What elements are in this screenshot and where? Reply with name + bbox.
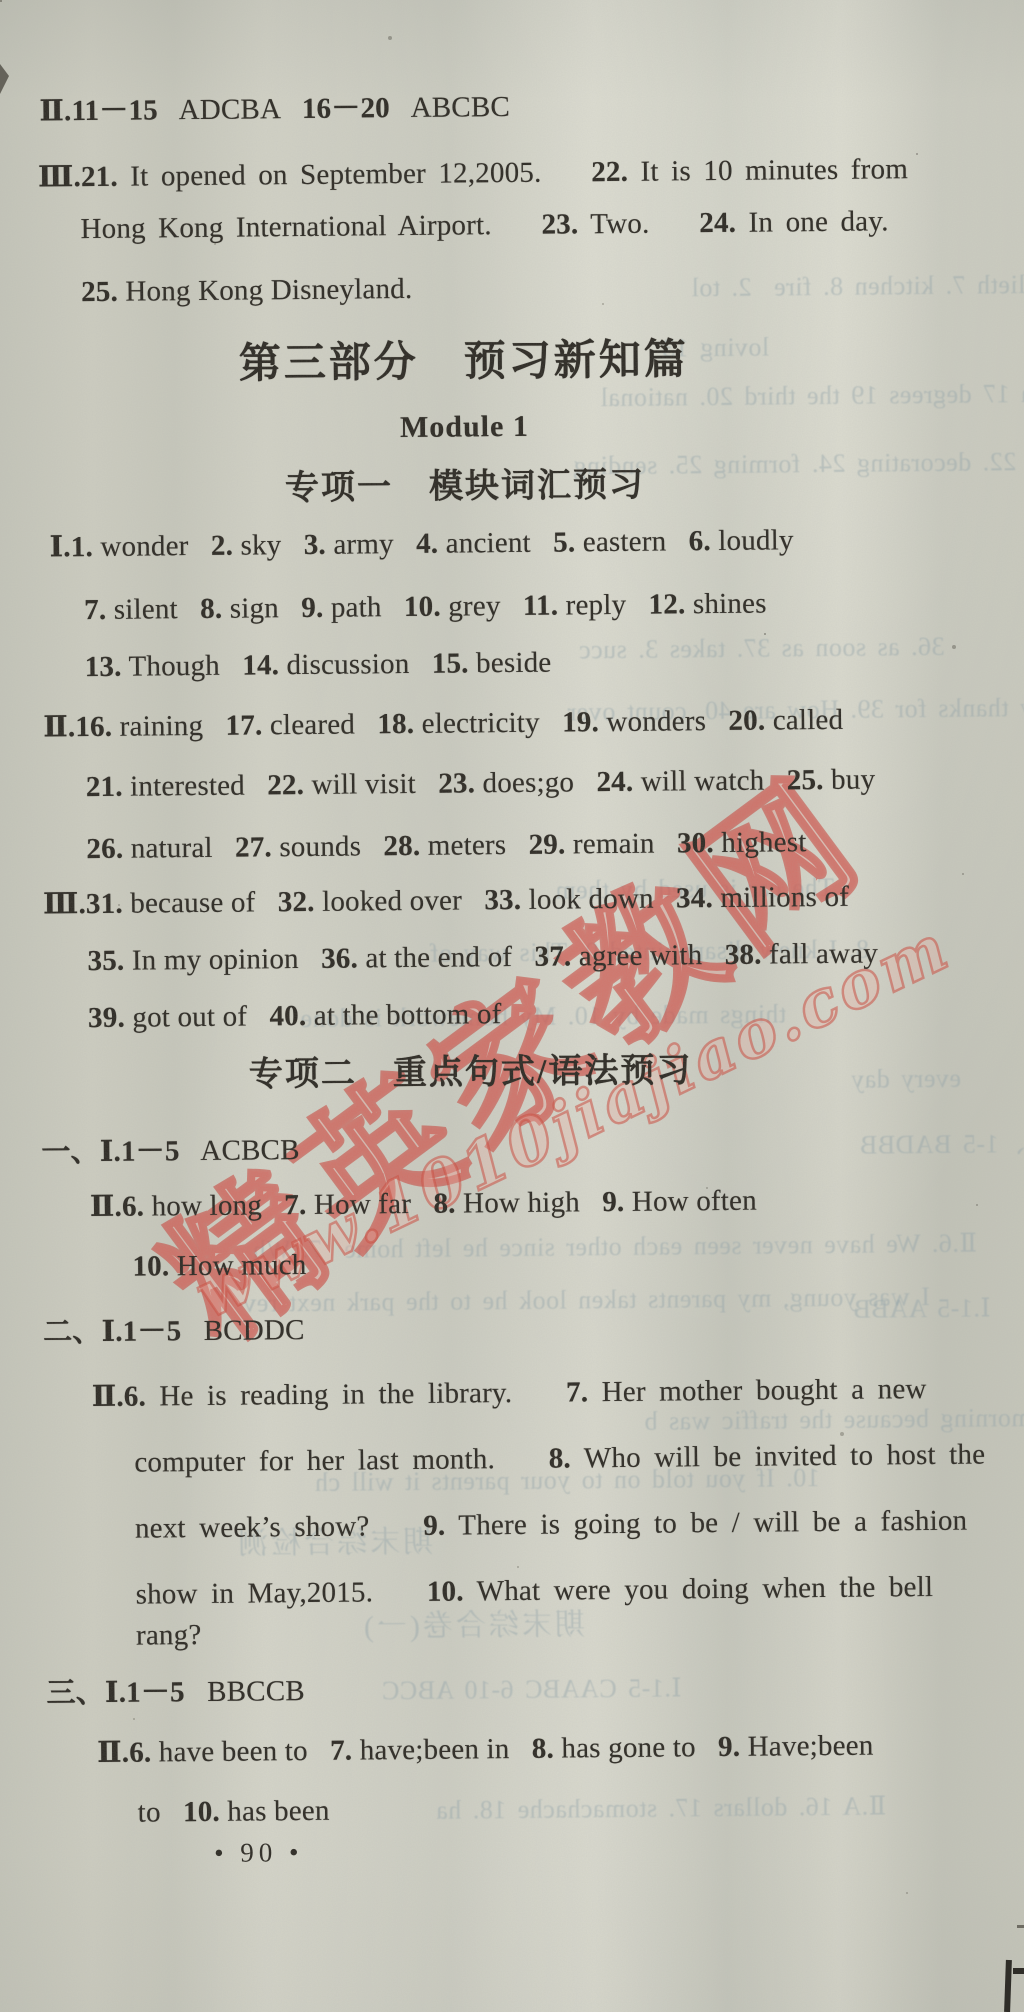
answer-line: show in May,2015. 10. What were you doin…: [135, 1569, 933, 1613]
text-segment: 8.: [200, 593, 222, 625]
text-segment: 5.: [553, 526, 575, 558]
text-segment: does;go: [475, 766, 597, 799]
answer-line: 一、Ⅰ.1－5 ACBCB: [41, 1132, 300, 1171]
text-segment: 8.: [549, 1442, 571, 1474]
text-segment: buy: [823, 764, 875, 796]
text-segment: 11.: [523, 590, 559, 622]
text-segment: 25.: [787, 764, 824, 796]
text-segment: look down: [521, 882, 676, 915]
text-segment: ACBCB: [179, 1134, 299, 1167]
text-segment: natural: [123, 832, 235, 865]
text-segment: BBCCB: [185, 1675, 305, 1708]
text-segment: meters: [420, 829, 529, 862]
text-segment: 29.: [528, 828, 565, 860]
text-segment: 37.: [534, 940, 571, 972]
text-segment: 3.: [304, 529, 326, 561]
text-segment: 30.: [677, 827, 714, 859]
topic-heading: 专项二 重点句式/语法预习: [0, 1048, 940, 1100]
scan-artifact-corner-horizontal: [1013, 1968, 1024, 1974]
topic-heading: 专项一 模块词汇预习: [0, 462, 935, 514]
text-segment: army: [326, 528, 416, 561]
text-segment: 38.: [725, 939, 762, 971]
text-segment: raining: [112, 710, 226, 743]
bleedthrough-text: Ⅱ.A 16. dollars 17. stomachache 18. ha: [436, 1791, 887, 1825]
text-segment: shines: [685, 588, 766, 621]
text-segment: fall away: [761, 937, 878, 970]
text-segment: has gone to: [554, 1731, 718, 1765]
text-segment: Have;been: [740, 1730, 874, 1763]
text-segment: Ⅱ.6.: [92, 1381, 147, 1414]
text-segment: 20.: [728, 705, 765, 737]
text-segment: sounds: [272, 830, 384, 863]
text-segment: 14.: [242, 649, 279, 681]
text-segment: will watch: [633, 764, 787, 797]
text-segment: show in May,2015.: [135, 1576, 427, 1611]
text-segment: How often: [624, 1185, 757, 1218]
text-segment: He is reading in the library.: [146, 1376, 566, 1412]
answer-line: rang?: [136, 1617, 202, 1654]
text-segment: computer for her last month.: [134, 1443, 549, 1479]
text-segment: will visit: [304, 768, 438, 801]
text-segment: How high: [455, 1186, 602, 1219]
bleedthrough-text: I was young, my parents taken look he to…: [243, 1282, 930, 1319]
text-segment: 第三部分 预习新知篇: [239, 337, 689, 387]
text-segment: 32.: [278, 886, 315, 918]
answer-line: Ⅲ.31. because of 32. looked over 33. loo…: [43, 879, 849, 923]
answer-line: 10. How much: [132, 1247, 306, 1285]
bleedthrough-text: 36. as soon as 37. takes 3. succ: [578, 632, 944, 666]
text-segment: Ⅱ.6.: [90, 1191, 145, 1224]
text-segment: 16－20: [302, 92, 390, 125]
text-segment: interested: [123, 769, 268, 802]
text-segment: 4.: [416, 528, 438, 560]
text-segment: Two.: [578, 207, 699, 240]
text-segment: Ⅱ.6.: [97, 1736, 152, 1769]
text-segment: 35.: [87, 945, 124, 977]
text-segment: called: [765, 704, 843, 737]
text-segment: sign: [222, 592, 301, 625]
text-segment: What were you doing when the bell: [464, 1571, 934, 1608]
text-segment: 40.: [269, 1000, 306, 1032]
text-segment: got out of: [125, 1000, 270, 1033]
text-segment: because of: [123, 886, 278, 919]
bleedthrough-text: Ⅰ.1-5 CAABC 6-10 ABCC: [381, 1673, 681, 1706]
text-segment: 二、Ⅰ.1－5: [43, 1315, 182, 1348]
text-segment: It is 10 minutes from: [628, 153, 908, 188]
text-segment: Ⅲ.21.: [38, 161, 118, 194]
answer-line: 26. natural 27. sounds 28. meters 29. re…: [86, 824, 806, 867]
text-segment: remain: [565, 827, 677, 860]
text-segment: 33.: [484, 884, 521, 916]
text-segment: 12.: [648, 588, 685, 620]
text-segment: 17.: [225, 709, 262, 741]
answer-line: 三、Ⅰ.1－5 BBCCB: [46, 1673, 305, 1712]
text-segment: 23.: [541, 208, 578, 240]
text-segment: has been: [220, 1795, 330, 1828]
text-segment: ADCBA: [158, 93, 302, 126]
text-segment: Module 1: [400, 410, 529, 444]
text-segment: reply: [558, 589, 649, 622]
text-segment: have been to: [151, 1735, 330, 1769]
answer-line: 35. In my opinion 36. at the end of 37. …: [87, 935, 878, 979]
text-segment: Ⅱ.16.: [43, 711, 112, 744]
text-segment: loudly: [711, 524, 794, 557]
text-segment: wonder: [93, 530, 211, 563]
text-segment: rang?: [136, 1619, 202, 1652]
text-segment: next week’s show?: [135, 1510, 424, 1545]
text-segment: 24.: [699, 207, 736, 239]
module-heading: Module 1: [0, 404, 935, 451]
answer-line: Ⅱ.6. have been to 7. have;been in 8. has…: [97, 1728, 874, 1772]
text-segment: 19.: [562, 706, 599, 738]
text-segment: Hong Kong International Airport.: [80, 209, 541, 245]
dust-specks: [0, 0, 2, 2]
page-number: • 90 •: [214, 1837, 304, 1869]
text-segment: 9.: [423, 1510, 445, 1542]
text-segment: 13.: [85, 651, 122, 683]
answer-line: to 10. has been: [138, 1793, 330, 1831]
text-segment: 18.: [377, 708, 414, 740]
scan-artifact-right-dash: [1017, 1925, 1024, 1928]
bleedthrough-text: lieth 7. kitchen 8. fire 2. tol: [691, 270, 1024, 303]
text-segment: 10.: [404, 591, 441, 623]
text-segment: 23.: [438, 767, 475, 799]
answer-line: 25. Hong Kong Disneyland.: [81, 271, 413, 310]
text-segment: 15.: [432, 647, 469, 679]
text-segment: 22.: [591, 156, 628, 188]
text-segment: at the bottom of: [306, 998, 501, 1032]
text-segment: at the end of: [358, 941, 535, 975]
answer-line: Ⅱ.16. raining 17. cleared 18. electricit…: [43, 702, 843, 746]
answer-line: Ⅱ.11－15 ADCBA 16－20 ABCBC: [39, 89, 510, 130]
text-segment: to: [138, 1796, 184, 1828]
text-segment: 39.: [88, 1002, 125, 1034]
answer-line: next week’s show? 9. There is going to b…: [135, 1503, 968, 1547]
text-segment: How much: [169, 1249, 306, 1282]
answer-line: 21. interested 22. will visit 23. does;g…: [86, 762, 876, 806]
scanned-answer-page: { "page": { "number": "• 90 •" }, "water…: [0, 0, 1024, 2012]
answer-line: Ⅱ.6. how long 7. How far 8. How high 9. …: [90, 1183, 757, 1226]
text-segment: 26.: [86, 833, 123, 865]
text-segment: 34.: [676, 882, 713, 914]
text-segment: 25.: [81, 276, 118, 308]
text-segment: discussion: [279, 648, 432, 681]
text-segment: 36.: [321, 942, 358, 974]
text-segment: 8.: [433, 1188, 455, 1220]
text-segment: 6.: [689, 525, 711, 557]
part-heading: 第三部分 预习新知篇: [0, 332, 934, 394]
text-segment: 三、Ⅰ.1－5: [46, 1676, 185, 1709]
text-segment: 10.: [183, 1796, 220, 1828]
text-segment: 7.: [330, 1735, 352, 1767]
text-segment: how long: [144, 1189, 284, 1222]
text-segment: There is going to be / will be a fashion: [445, 1505, 967, 1542]
text-segment: BCDDC: [181, 1314, 305, 1347]
text-segment: 2.: [211, 530, 233, 562]
text-segment: 7.: [84, 594, 106, 626]
text-segment: 7.: [284, 1189, 306, 1221]
answer-line: computer for her last month. 8. Who will…: [134, 1436, 985, 1480]
text-segment: cleared: [262, 708, 377, 741]
text-segment: highest: [714, 826, 807, 859]
text-segment: eastern: [575, 525, 689, 558]
bleedthrough-text: Ⅱ.6. We have never seen each other since…: [252, 1229, 977, 1266]
answer-line: 7. silent 8. sign 9. path 10. grey 11. r…: [84, 586, 767, 629]
text-segment: 9.: [602, 1186, 624, 1218]
text-segment: 24.: [596, 766, 633, 798]
text-segment: agree with: [571, 939, 725, 972]
text-segment: 9.: [718, 1731, 740, 1763]
text-segment: have;been in: [352, 1733, 532, 1767]
text-segment: 专项二 重点句式/语法预习: [249, 1052, 693, 1093]
answer-line: Ⅰ.1. wonder 2. sky 3. army 4. ancient 5.…: [49, 522, 793, 565]
text-segment: It opened on September 12,2005.: [118, 156, 592, 193]
text-segment: 8.: [532, 1733, 554, 1765]
text-segment: Who will be invited to host the: [571, 1438, 986, 1474]
text-segment: 21.: [86, 771, 123, 803]
text-segment: 27.: [235, 831, 272, 863]
text-segment: 22.: [267, 769, 304, 801]
answer-line: 13. Though 14. discussion 15. beside: [85, 645, 552, 686]
answer-line: 39. got out of 40. at the bottom of: [88, 996, 502, 1036]
text-segment: Ⅰ.1.: [49, 531, 93, 563]
text-segment: sky: [233, 529, 304, 562]
text-segment: 一、Ⅰ.1－5: [41, 1135, 180, 1168]
text-segment: Ⅲ.31.: [43, 888, 123, 921]
text-segment: grey: [441, 590, 523, 623]
text-segment: Her mother bought a new: [588, 1373, 927, 1408]
text-segment: wonders: [599, 705, 729, 738]
text-segment: 7.: [566, 1376, 588, 1408]
page-sheet: Ⅱ.A 16. dollars 17. stomachache 18. haⅠ.…: [0, 0, 1024, 2012]
text-segment: silent: [106, 593, 200, 626]
answer-line: Ⅲ.21. It opened on September 12,2005. 22…: [38, 151, 908, 196]
bleedthrough-text: 二、1-5 BADBB: [859, 1123, 1024, 1162]
text-segment: How far: [306, 1188, 433, 1221]
answer-line: 二、Ⅰ.1－5 BCDDC: [43, 1312, 305, 1351]
text-segment: electricity: [414, 707, 562, 740]
answer-line: Hong Kong International Airport. 23. Two…: [80, 203, 888, 247]
text-segment: looked over: [315, 884, 485, 918]
text-segment: path: [323, 591, 404, 624]
text-segment: 10.: [427, 1575, 464, 1607]
text-segment: millions of: [713, 881, 849, 914]
text-segment: ABCBC: [390, 91, 510, 124]
text-segment: 专项一 模块词汇预习: [285, 467, 645, 507]
text-segment: beside: [468, 647, 551, 680]
text-segment: 9.: [301, 592, 323, 624]
text-segment: Ⅱ.11－15: [39, 94, 158, 127]
text-segment: 10.: [132, 1250, 169, 1282]
text-segment: ancient: [438, 527, 553, 560]
text-segment: In my opinion: [124, 943, 321, 977]
text-segment: 28.: [383, 830, 420, 862]
text-segment: Hong Kong Disneyland.: [118, 273, 413, 308]
text-segment: Though: [121, 650, 242, 683]
text-segment: In one day.: [736, 205, 889, 238]
